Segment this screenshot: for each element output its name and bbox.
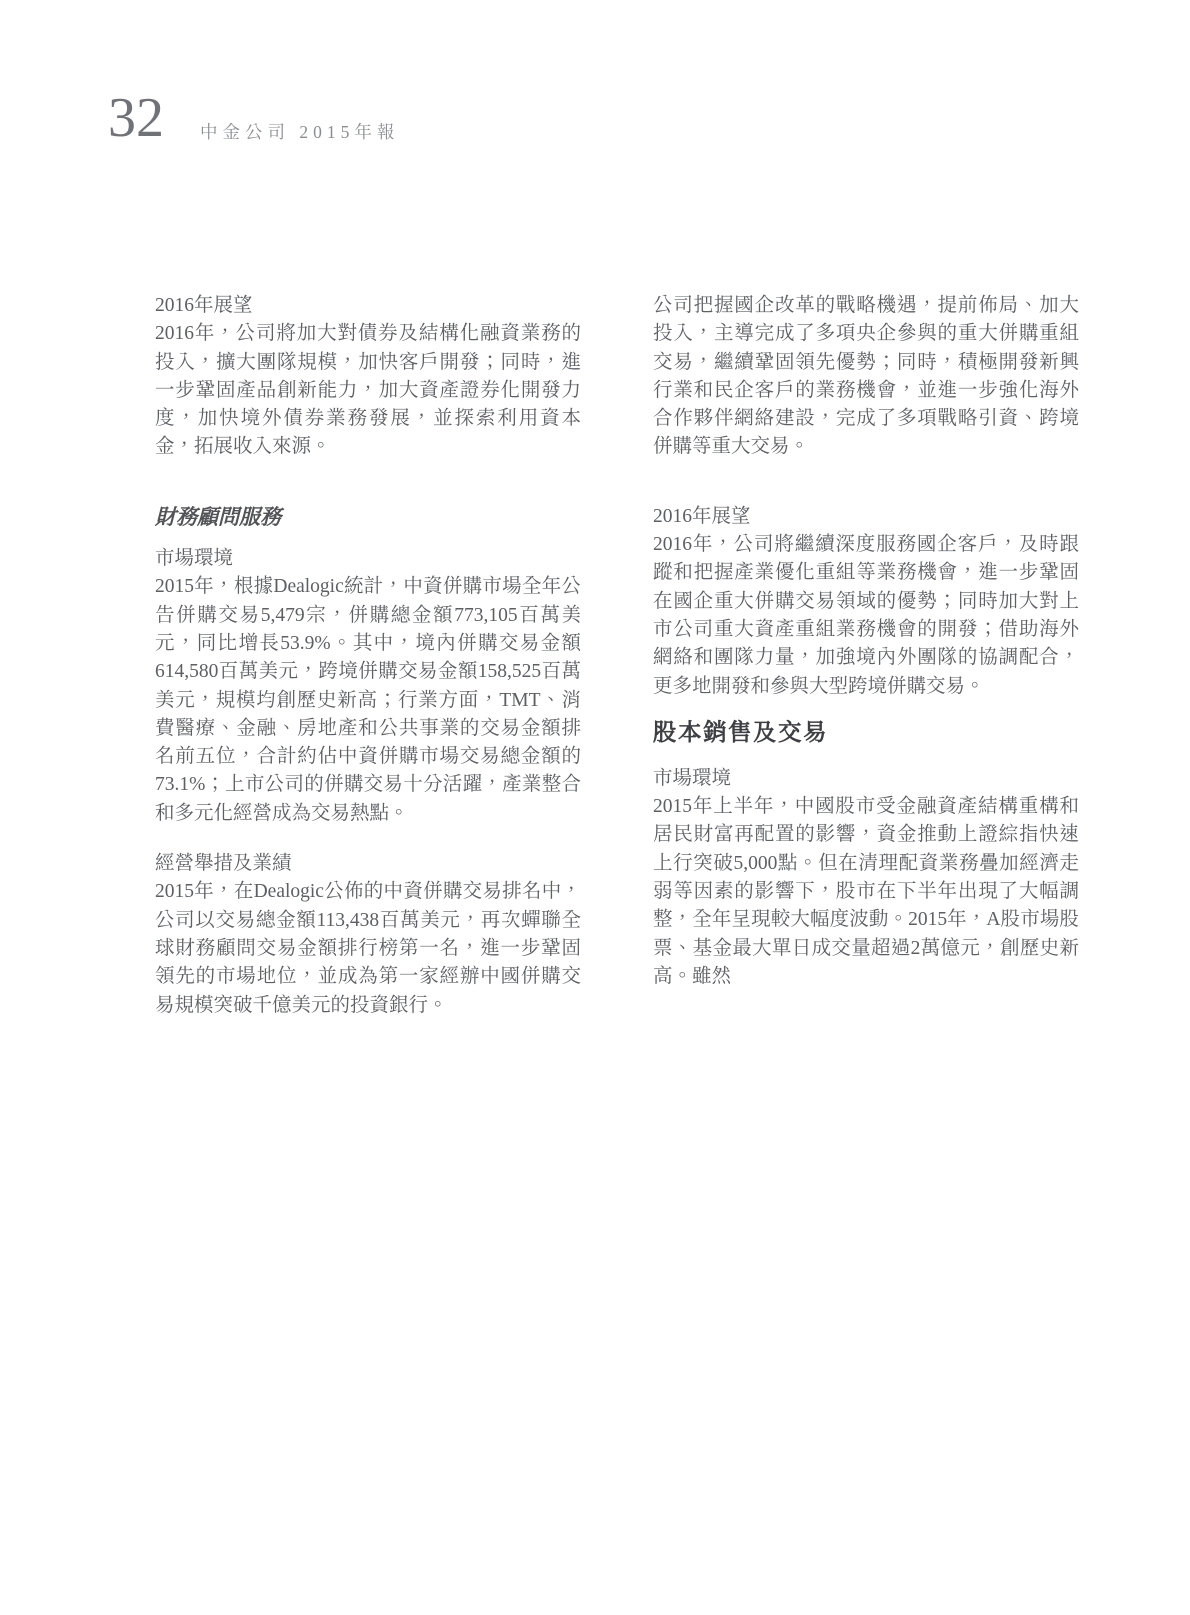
outlook-block-left: 2016年展望 2016年，公司將加大對債券及結構化融資業務的投入，擴大團隊規模… [155, 292, 581, 462]
equity-sales-trading-heading: 股本銷售及交易 [653, 718, 1079, 748]
market-environment-paragraph-right: 2015年上半年，中國股市受金融資產結構重構和居民財富再配置的影響，資金推動上證… [653, 793, 1079, 991]
operations-results-block: 經營舉措及業績 2015年，在Dealogic公佈的中資併購交易排名中，公司以交… [155, 850, 581, 1020]
right-column: 公司把握國企改革的戰略機遇，提前佈局、加大投入，主導完成了多項央企參與的重大併購… [653, 292, 1079, 991]
operations-results-subheading: 經營舉措及業績 [155, 850, 581, 878]
market-environment-block-right: 市場環境 2015年上半年，中國股市受金融資產結構重構和居民財富再配置的影響，資… [653, 765, 1079, 991]
page-number: 32 [108, 90, 164, 146]
outlook-paragraph-left: 2016年，公司將加大對債券及結構化融資業務的投入，擴大團隊規模，加快客戶開發；… [155, 320, 581, 461]
continuation-paragraph: 公司把握國企改革的戰略機遇，提前佈局、加大投入，主導完成了多項央企參與的重大併購… [653, 292, 1079, 462]
left-column: 2016年展望 2016年，公司將加大對債券及結構化融資業務的投入，擴大團隊規模… [155, 292, 581, 1020]
report-header-title: 中金公司 2015年報 [200, 119, 399, 144]
market-environment-paragraph-left: 2015年，根據Dealogic統計，中資併購市場全年公告併購交易5,479宗，… [155, 573, 581, 828]
market-environment-subheading-left: 市場環境 [155, 545, 581, 573]
outlook-subheading-left: 2016年展望 [155, 292, 581, 320]
market-environment-block-left: 市場環境 2015年，根據Dealogic統計，中資併購市場全年公告併購交易5,… [155, 545, 581, 828]
outlook-paragraph-right: 2016年，公司將繼續深度服務國企客戶，及時跟蹤和把握產業優化重組等業務機會，進… [653, 531, 1079, 701]
financial-advisory-heading: 財務顧問服務 [155, 503, 581, 531]
annual-report-page: 32 中金公司 2015年報 2016年展望 2016年，公司將加大對債券及結構… [0, 0, 1190, 1615]
market-environment-subheading-right: 市場環境 [653, 765, 1079, 793]
outlook-subheading-right: 2016年展望 [653, 503, 1079, 531]
operations-results-paragraph: 2015年，在Dealogic公佈的中資併購交易排名中，公司以交易總金額113,… [155, 878, 581, 1019]
outlook-block-right: 2016年展望 2016年，公司將繼續深度服務國企客戶，及時跟蹤和把握產業優化重… [653, 503, 1079, 701]
